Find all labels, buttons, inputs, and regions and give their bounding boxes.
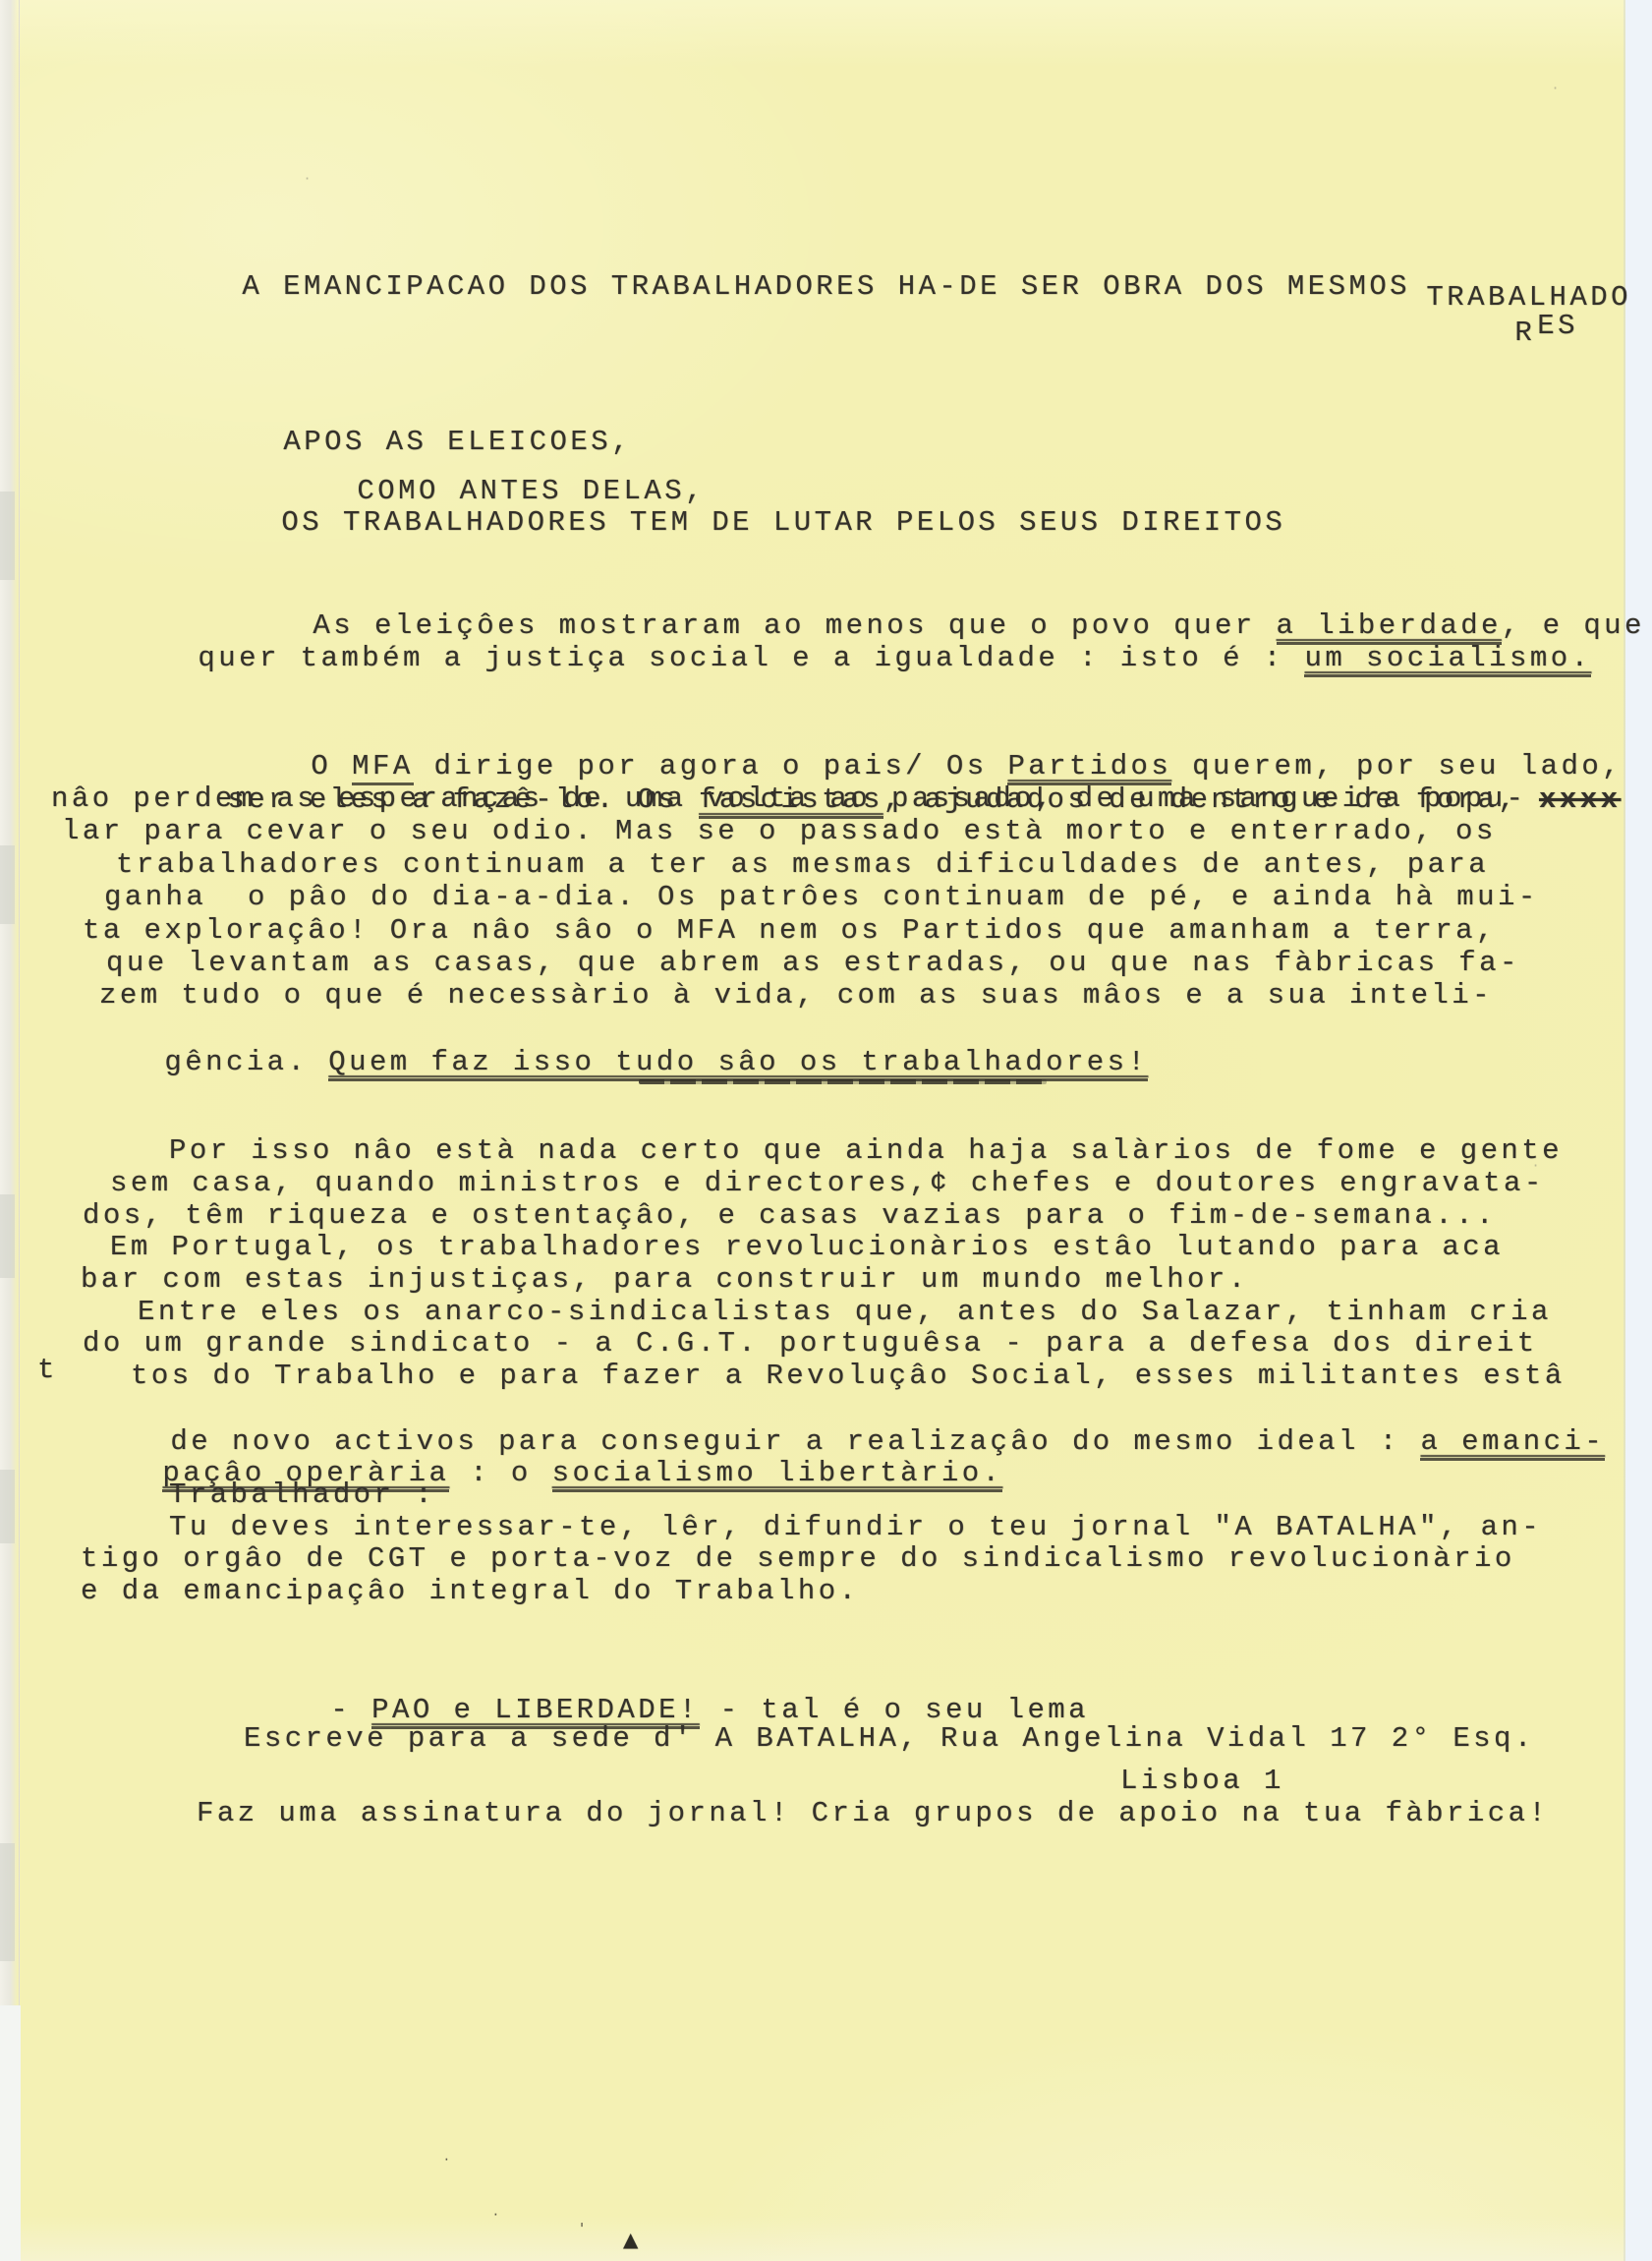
body3-line-8: tos do Trabalho e para fazer a Revoluçâo…: [131, 1360, 1566, 1393]
body2-line-9: zem tudo o que é necessàrio à vida, com …: [99, 979, 1493, 1013]
body2-line-6: ganha o pâo do dia-a-dia. Os patrôes con…: [104, 881, 1539, 914]
scan-edge-segment: [0, 1843, 15, 1961]
paper-speck: ·: [1553, 79, 1558, 97]
body3-line-7: do um grande sindicato - a C.G.T. portug…: [83, 1327, 1538, 1361]
body3-line-5: bar com estas injustiças, para construir…: [81, 1263, 1249, 1297]
margin-correction-t: t: [37, 1354, 58, 1387]
body3-line-1: Por isso nâo està nada certo que ainda h…: [169, 1134, 1563, 1168]
underlined-emanci: a emanci-: [1420, 1425, 1605, 1461]
body2-line-10: gência. Quem faz isso tudo sâo os trabal…: [83, 1013, 1148, 1113]
paper-speck: ·: [493, 2206, 498, 2224]
title-res-es: ES: [1537, 310, 1578, 342]
body3-line-2: sem casa, quando ministros e directores,…: [110, 1167, 1545, 1200]
intro-line-2: quer também a justiça social e a igualda…: [116, 609, 1591, 709]
title-text: A EMANCIPACAO DOS TRABALHADORES HA-DE SE…: [242, 270, 1410, 303]
body3-line-6: Entre eles os anarco-sindicalistas que, …: [138, 1296, 1552, 1329]
scan-edge-segment: [0, 1194, 15, 1278]
body4-line-4: e da emancipaçâo integral do Trabalho.: [81, 1575, 859, 1608]
struck-out-chars: xxxx: [1539, 783, 1621, 816]
title-res-r: R: [1514, 317, 1535, 349]
address-line: Escreve para a sede d' A BATALHA, Rua An…: [244, 1722, 1535, 1756]
scan-edge-segment: [0, 1470, 15, 1543]
body2-line-4: lar para cevar o seu odio. Mas se o pass…: [62, 815, 1497, 848]
scan-edge-left-bottom: [0, 2005, 21, 2261]
scan-edge-segment: [0, 845, 15, 924]
section-divider-rule: [639, 1079, 1047, 1084]
footer-triangle-mark: ▲: [623, 2228, 638, 2251]
body4-line-2: Tu deves interessar-te, lêr, difundir o …: [169, 1511, 1542, 1544]
paper-speck: ': [580, 2220, 584, 2237]
paper-speck: ·: [1533, 1156, 1538, 1175]
underlined-socialismo-libertario: socialismo libertàrio.: [552, 1457, 1003, 1492]
title-overflow-syllable: RES: [1435, 276, 1578, 377]
body3-line-4: Em Portugal, os trabalhadores revolucion…: [110, 1231, 1504, 1264]
scanned-leaflet-page: A EMANCIPACAO DOS TRABALHADORES HA-DE SE…: [0, 0, 1652, 2261]
body4-line-1: Trabalhador :: [169, 1478, 435, 1512]
body4-line-3: tigo orgâo de CGT e porta-voz de sempre …: [81, 1542, 1515, 1576]
paper-speck: ·: [305, 169, 310, 188]
paper-speck: ·: [444, 2151, 449, 2169]
city-line: Lisboa 1: [1120, 1765, 1284, 1798]
cta-line: Faz uma assinatura do jornal! Cria grupo…: [197, 1797, 1549, 1830]
body2-line-7: ta exploraçâo! Ora nâo sâo o MFA nem os …: [83, 914, 1497, 948]
underlined-quem-faz: Quem faz isso tudo sâo os trabalhadores!: [328, 1046, 1148, 1081]
body3-line-3: dos, têm riqueza e ostentaçâo, e casas v…: [83, 1199, 1497, 1233]
body2-line-5: trabalhadores continuam a ter as mesmas …: [116, 848, 1489, 882]
body2-line-3: nâo perdem as esperanças de uma volta ao…: [51, 783, 1526, 816]
heading-line-3: OS TRABALHADORES TEM DE LUTAR PELOS SEUS…: [199, 473, 1285, 573]
underlined-socialismo: um socialismo.: [1304, 642, 1591, 677]
scan-edge-segment: [0, 492, 15, 580]
title-line: A EMANCIPACAO DOS TRABALHADORES HA-DE SE…: [160, 237, 1410, 337]
body2-line-8: que levantam as casas, que abrem as estr…: [106, 947, 1520, 980]
